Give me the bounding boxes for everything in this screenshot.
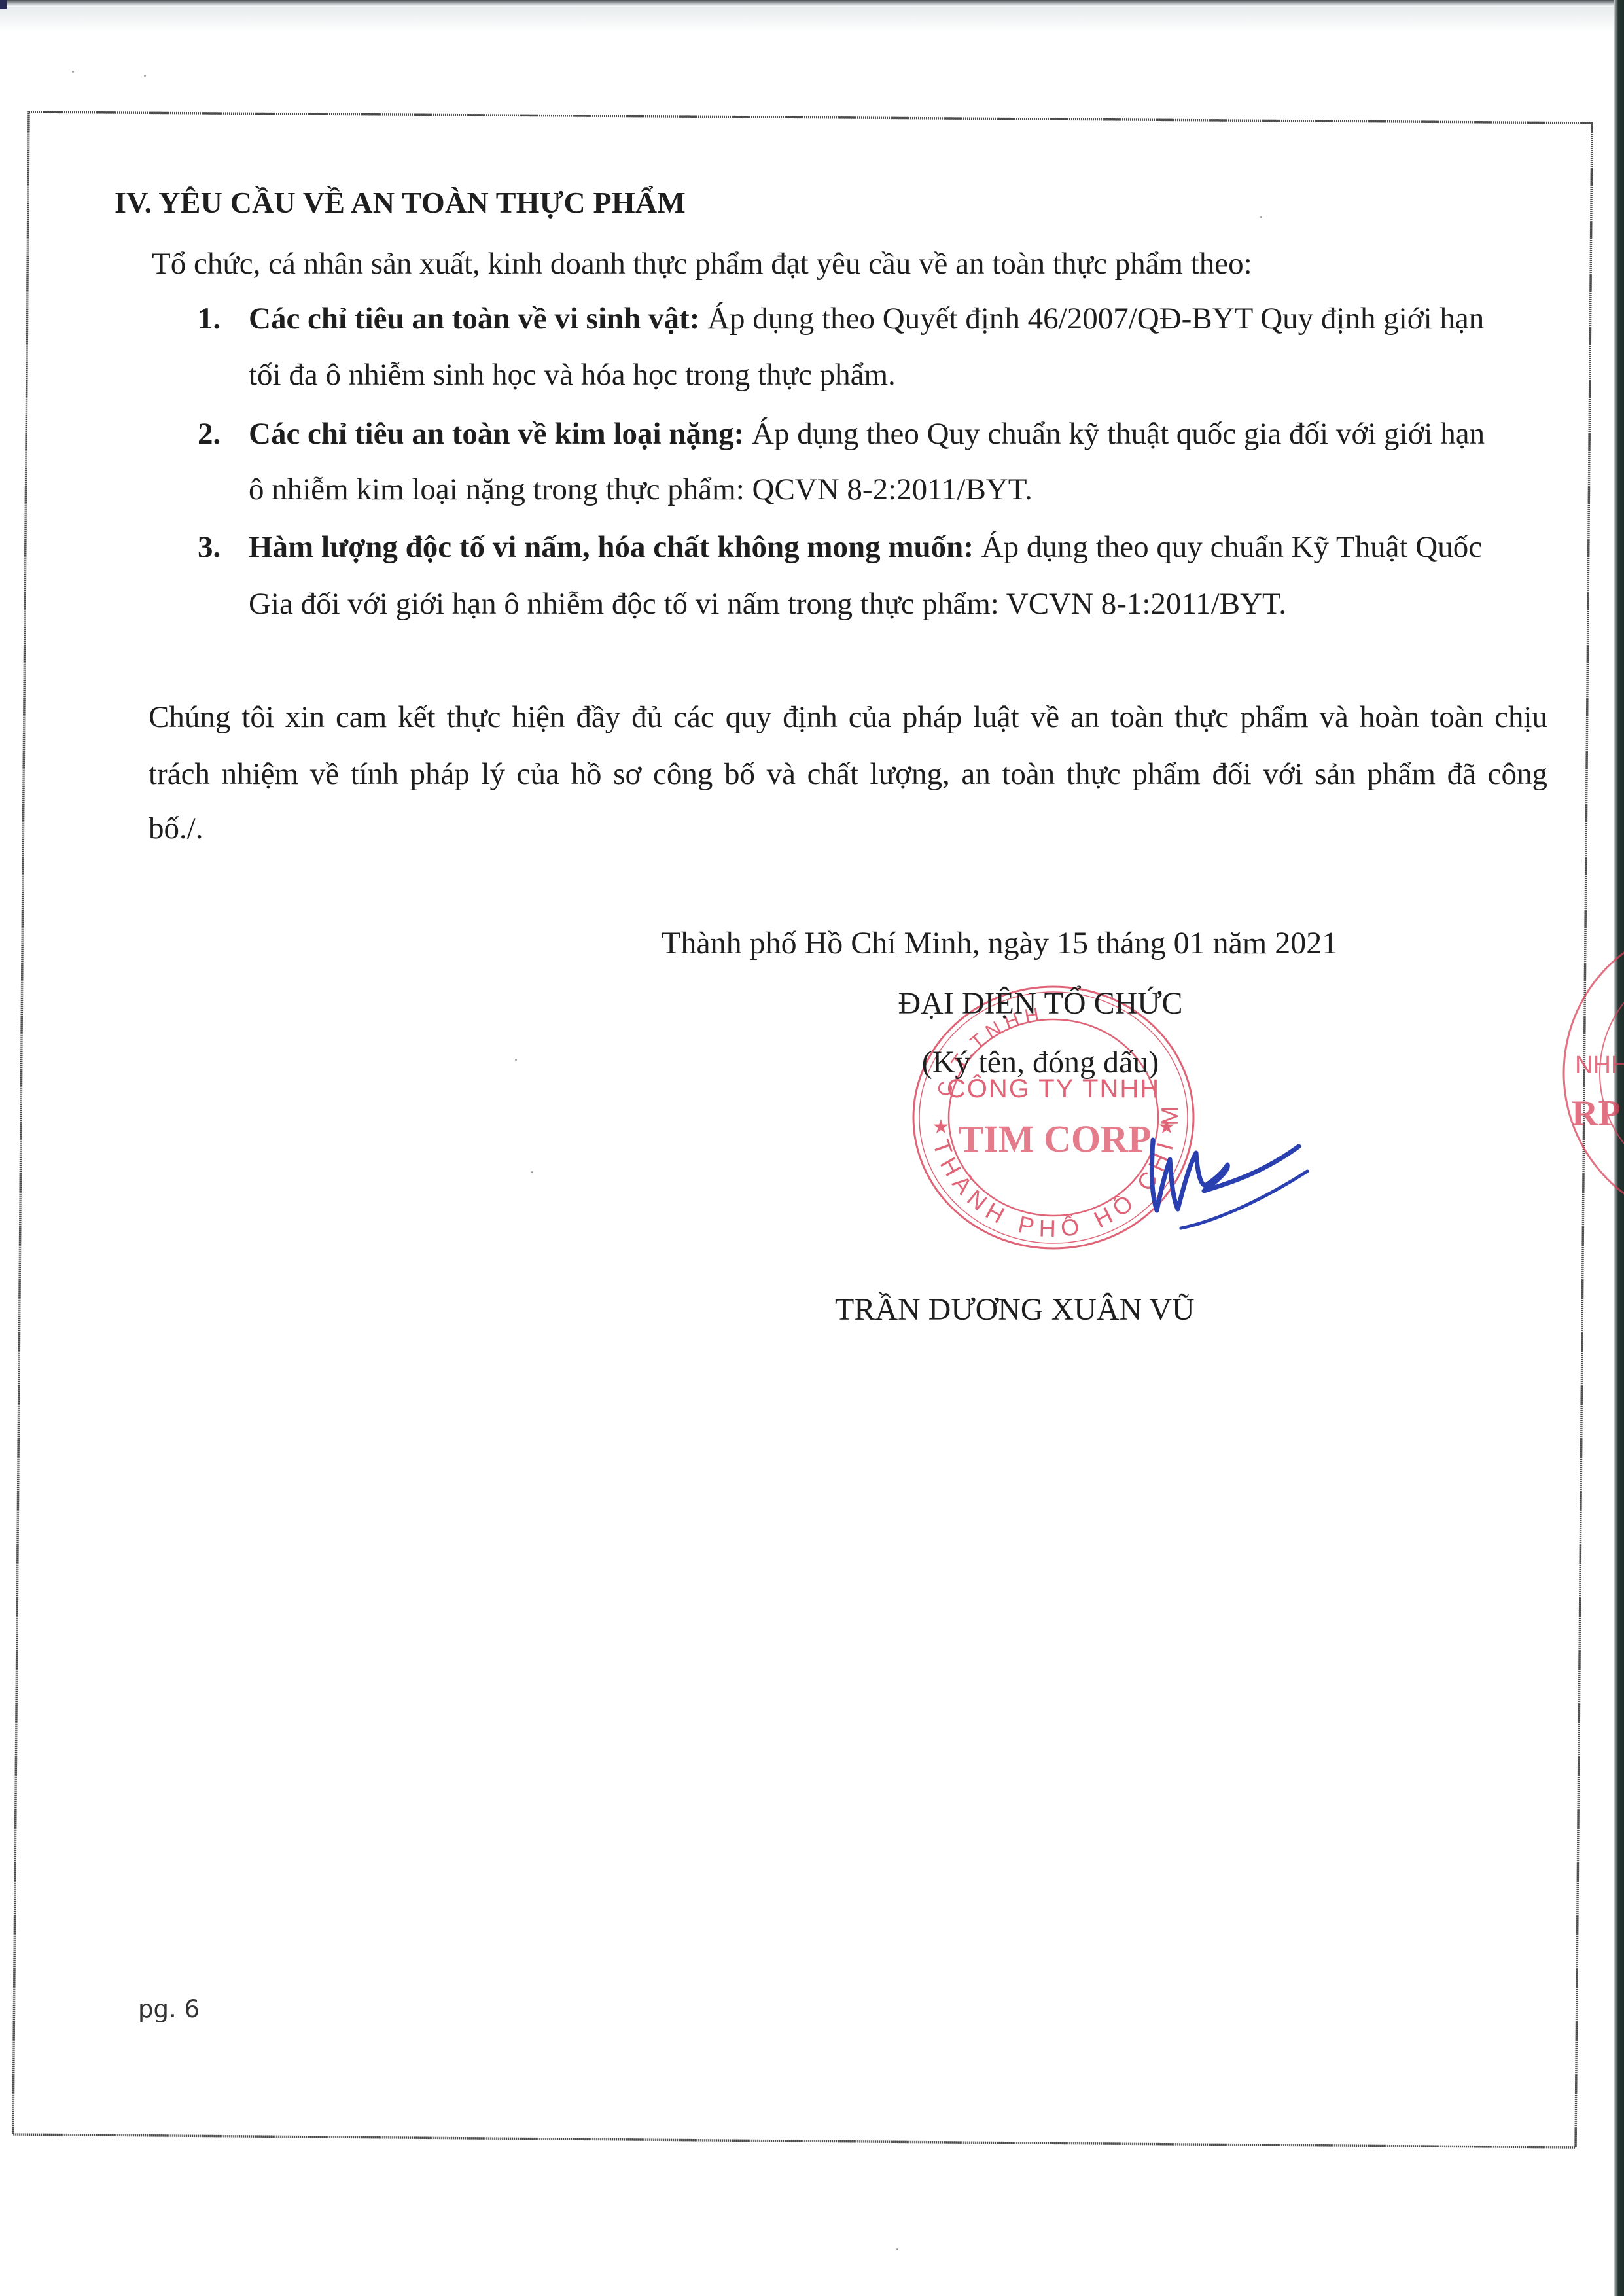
page-number: pg. 6 [138,1997,200,2021]
handwritten-signature [0,0,1624,2296]
signer-name: TRẦN DƯƠNG XUÂN VŨ [835,1294,1195,1326]
